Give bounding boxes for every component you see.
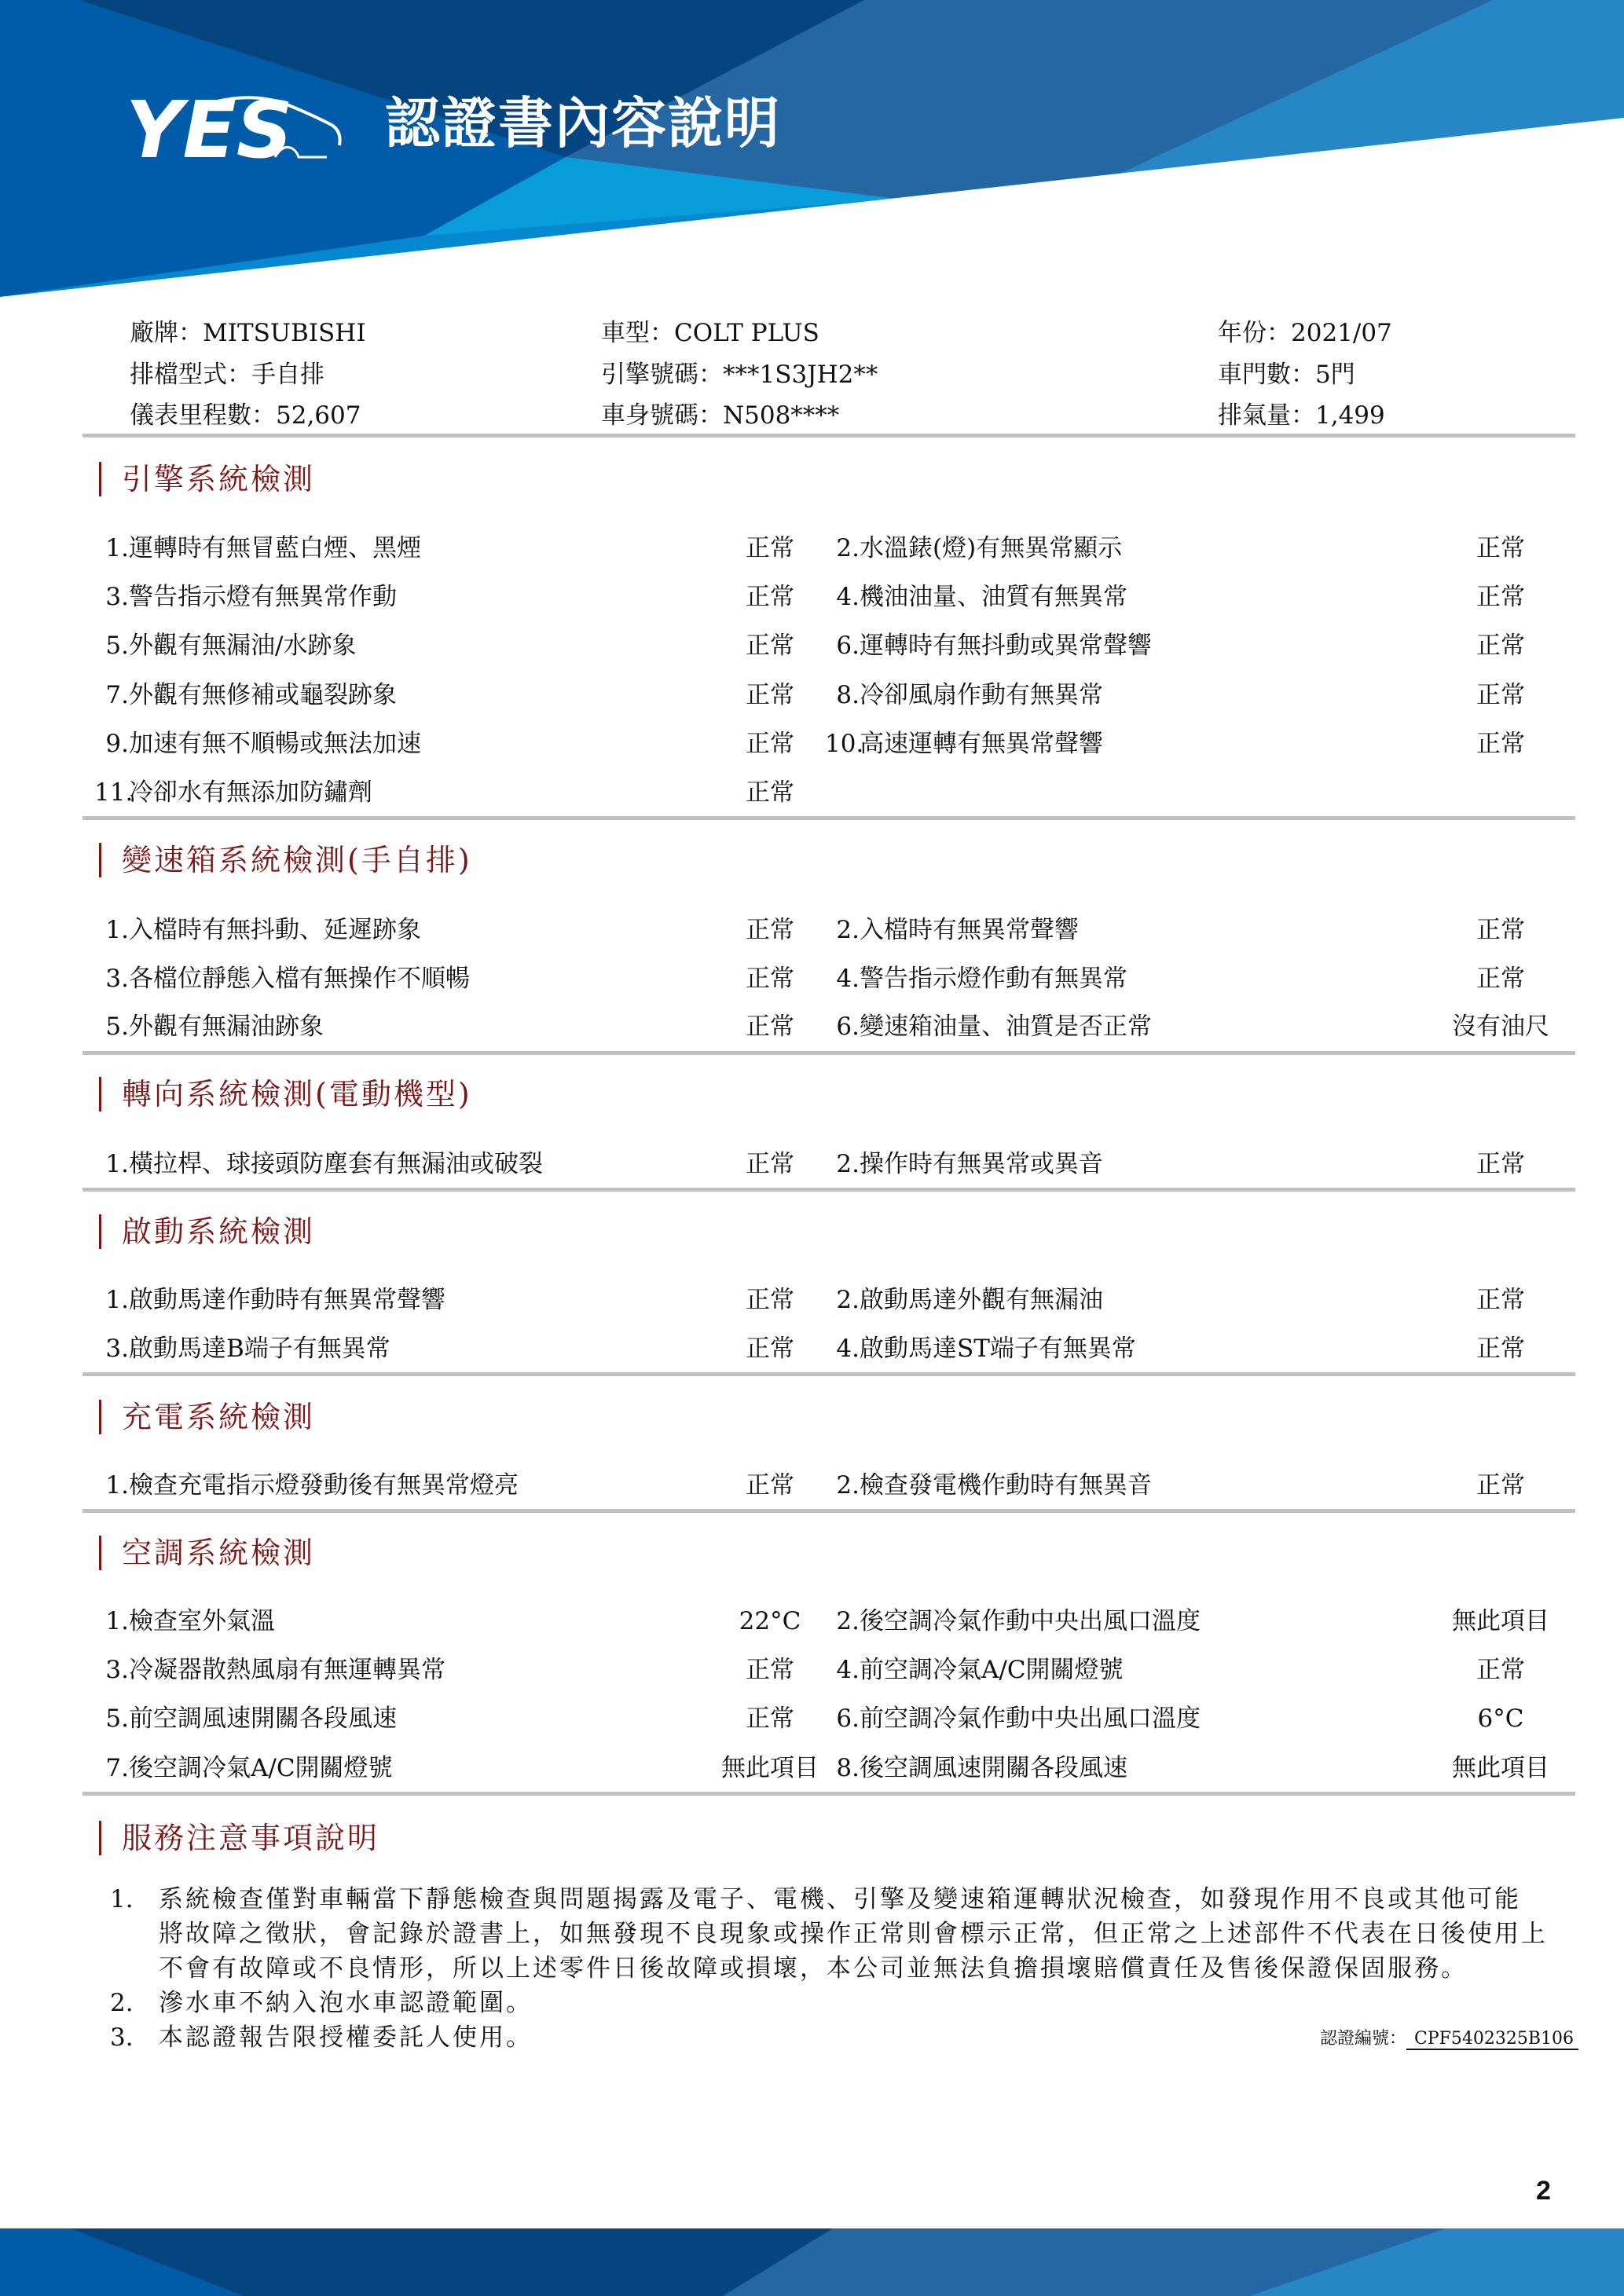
check-result: 正常 [1422,533,1579,564]
check-item: 1.運轉時有無冒藍白煙、黑煙 [94,533,421,564]
check-item: 2.水溫錶(燈)有無異常顯示 [825,533,1122,564]
check-item: 3.警告指示燈有無異常作動 [94,581,397,613]
check-result: 正常 [1422,679,1579,711]
brand: 廠牌：MITSUBISHI [130,313,366,348]
check-item: 6.變速箱油量、油質是否正常 [825,1011,1152,1042]
info-row: 儀表里程數：52,607 車身號碼：N508**** 排氣量：1,499 [0,395,1624,434]
check-item: 11.冷卻水有無添加防鏽劑 [94,777,372,808]
document-title: 認證書內容說明 [385,96,781,151]
info-row: 廠牌：MITSUBISHI 車型：COLT PLUS 年份：2021/07 [0,313,1624,352]
check-item: 8.冷卻風扇作動有無異常 [825,679,1103,711]
check-item: 6.前空調冷氣作動中央出風口溫度 [825,1703,1201,1734]
check-item: 10.高速運轉有無異常聲響 [825,728,1103,760]
check-result: 正常 [1422,1284,1579,1316]
check-item: 4.機油油量、油質有無異常 [825,581,1127,613]
check-result: 沒有油尺 [1422,1011,1579,1042]
check-item: 5.外觀有無漏油/水跡象 [94,630,356,661]
check-item: 7.外觀有無修補或龜裂跡象 [94,679,397,711]
check-item: 4.啟動馬達ST端子有無異常 [825,1333,1136,1364]
check-item: 7.後空調冷氣A/C開關燈號 [94,1752,393,1784]
check-result: 正常 [1422,1470,1579,1501]
chassis-number: 車身號碼：N508**** [601,395,839,430]
check-item: 2.啟動馬達外觀有無漏油 [825,1284,1103,1316]
check-result: 無此項目 [1422,1606,1579,1637]
check-item: 9.加速有無不順暢或無法加速 [94,728,421,760]
check-result: 正常 [1422,1148,1579,1180]
check-item: 1.檢查室外氣溫 [94,1606,275,1637]
certificate-number-label: 認證編號： [1320,2029,1406,2049]
section-title-steering: 轉向系統檢測(電動機型) [99,1077,472,1111]
section-title-starter: 啟動系統檢測 [99,1214,315,1249]
check-result: 正常 [1422,1333,1579,1364]
separator [82,434,1575,438]
transmission-type: 排檔型式：手自排 [130,354,324,390]
check-result: 正常 [1422,1654,1579,1686]
footer-banner [0,2228,1624,2296]
section-title-air-conditioning: 空調系統檢測 [99,1536,315,1570]
check-result: 正常 [1422,914,1579,946]
check-result: 正常 [1422,630,1579,661]
check-item: 3.啟動馬達B端子有無異常 [94,1333,390,1364]
displacement: 排氣量：1,499 [1218,395,1385,430]
check-item: 5.外觀有無漏油跡象 [94,1011,324,1042]
check-item: 1.啟動馬達作動時有無異常聲響 [94,1284,445,1316]
model: 車型：COLT PLUS [601,313,819,348]
separator [82,816,1575,820]
separator [82,1509,1575,1513]
section-title-charging: 充電系統檢測 [99,1400,315,1434]
check-item: 3.冷凝器散熱風扇有無運轉異常 [94,1654,445,1686]
check-result: 正常 [691,777,849,808]
check-item: 4.前空調冷氣A/C開關燈號 [825,1654,1124,1686]
separator [82,1792,1575,1796]
check-item: 2.操作時有無異常或異音 [825,1148,1103,1180]
check-item: 2.入檔時有無異常聲響 [825,914,1079,946]
page-number: 2 [1536,2176,1551,2206]
check-result: 正常 [1422,963,1579,994]
info-row: 排檔型式：手自排 引擎號碼：***1S3JH2** 車門數：5門 [0,354,1624,394]
check-item: 1.入檔時有無抖動、延遲跡象 [94,914,421,946]
engine-number: 引擎號碼：***1S3JH2** [601,354,878,390]
certificate-number: 認證編號：CPF5402325B106 [1320,2025,1578,2049]
odometer: 儀表里程數：52,607 [130,395,361,430]
check-result: 正常 [1422,581,1579,613]
separator [82,1051,1575,1055]
check-item: 2.後空調冷氣作動中央出風口溫度 [825,1606,1201,1637]
separator [82,1188,1575,1192]
check-result: 無此項目 [1422,1752,1579,1784]
section-title-notes: 服務注意事項說明 [99,1821,379,1855]
year: 年份：2021/07 [1218,313,1392,348]
section-title-engine: 引擎系統檢測 [99,462,315,496]
check-item: 8.後空調風速開關各段風速 [825,1752,1127,1784]
check-item: 6.運轉時有無抖動或異常聲響 [825,630,1152,661]
check-item: 1.檢查充電指示燈發動後有無異常燈亮 [94,1470,519,1501]
check-result: 6°C [1422,1703,1579,1734]
certificate-number-value: CPF5402325B106 [1406,2029,1578,2050]
separator [82,1372,1575,1376]
check-item: 3.各檔位靜態入檔有無操作不順暢 [94,963,470,994]
door-count: 車門數：5門 [1218,354,1355,390]
section-title-transmission: 變速箱系統檢測(手自排) [99,843,472,877]
check-item: 5.前空調風速開關各段風速 [94,1703,397,1734]
check-result: 正常 [1422,728,1579,760]
check-item: 1.橫拉桿、球接頭防塵套有無漏油或破裂 [94,1148,543,1180]
svg-text:YES: YES [126,84,293,176]
check-item: 4.警告指示燈作動有無異常 [825,963,1127,994]
yes-logo: YES [126,82,361,177]
check-item: 2.檢查發電機作動時有無異音 [825,1470,1152,1501]
